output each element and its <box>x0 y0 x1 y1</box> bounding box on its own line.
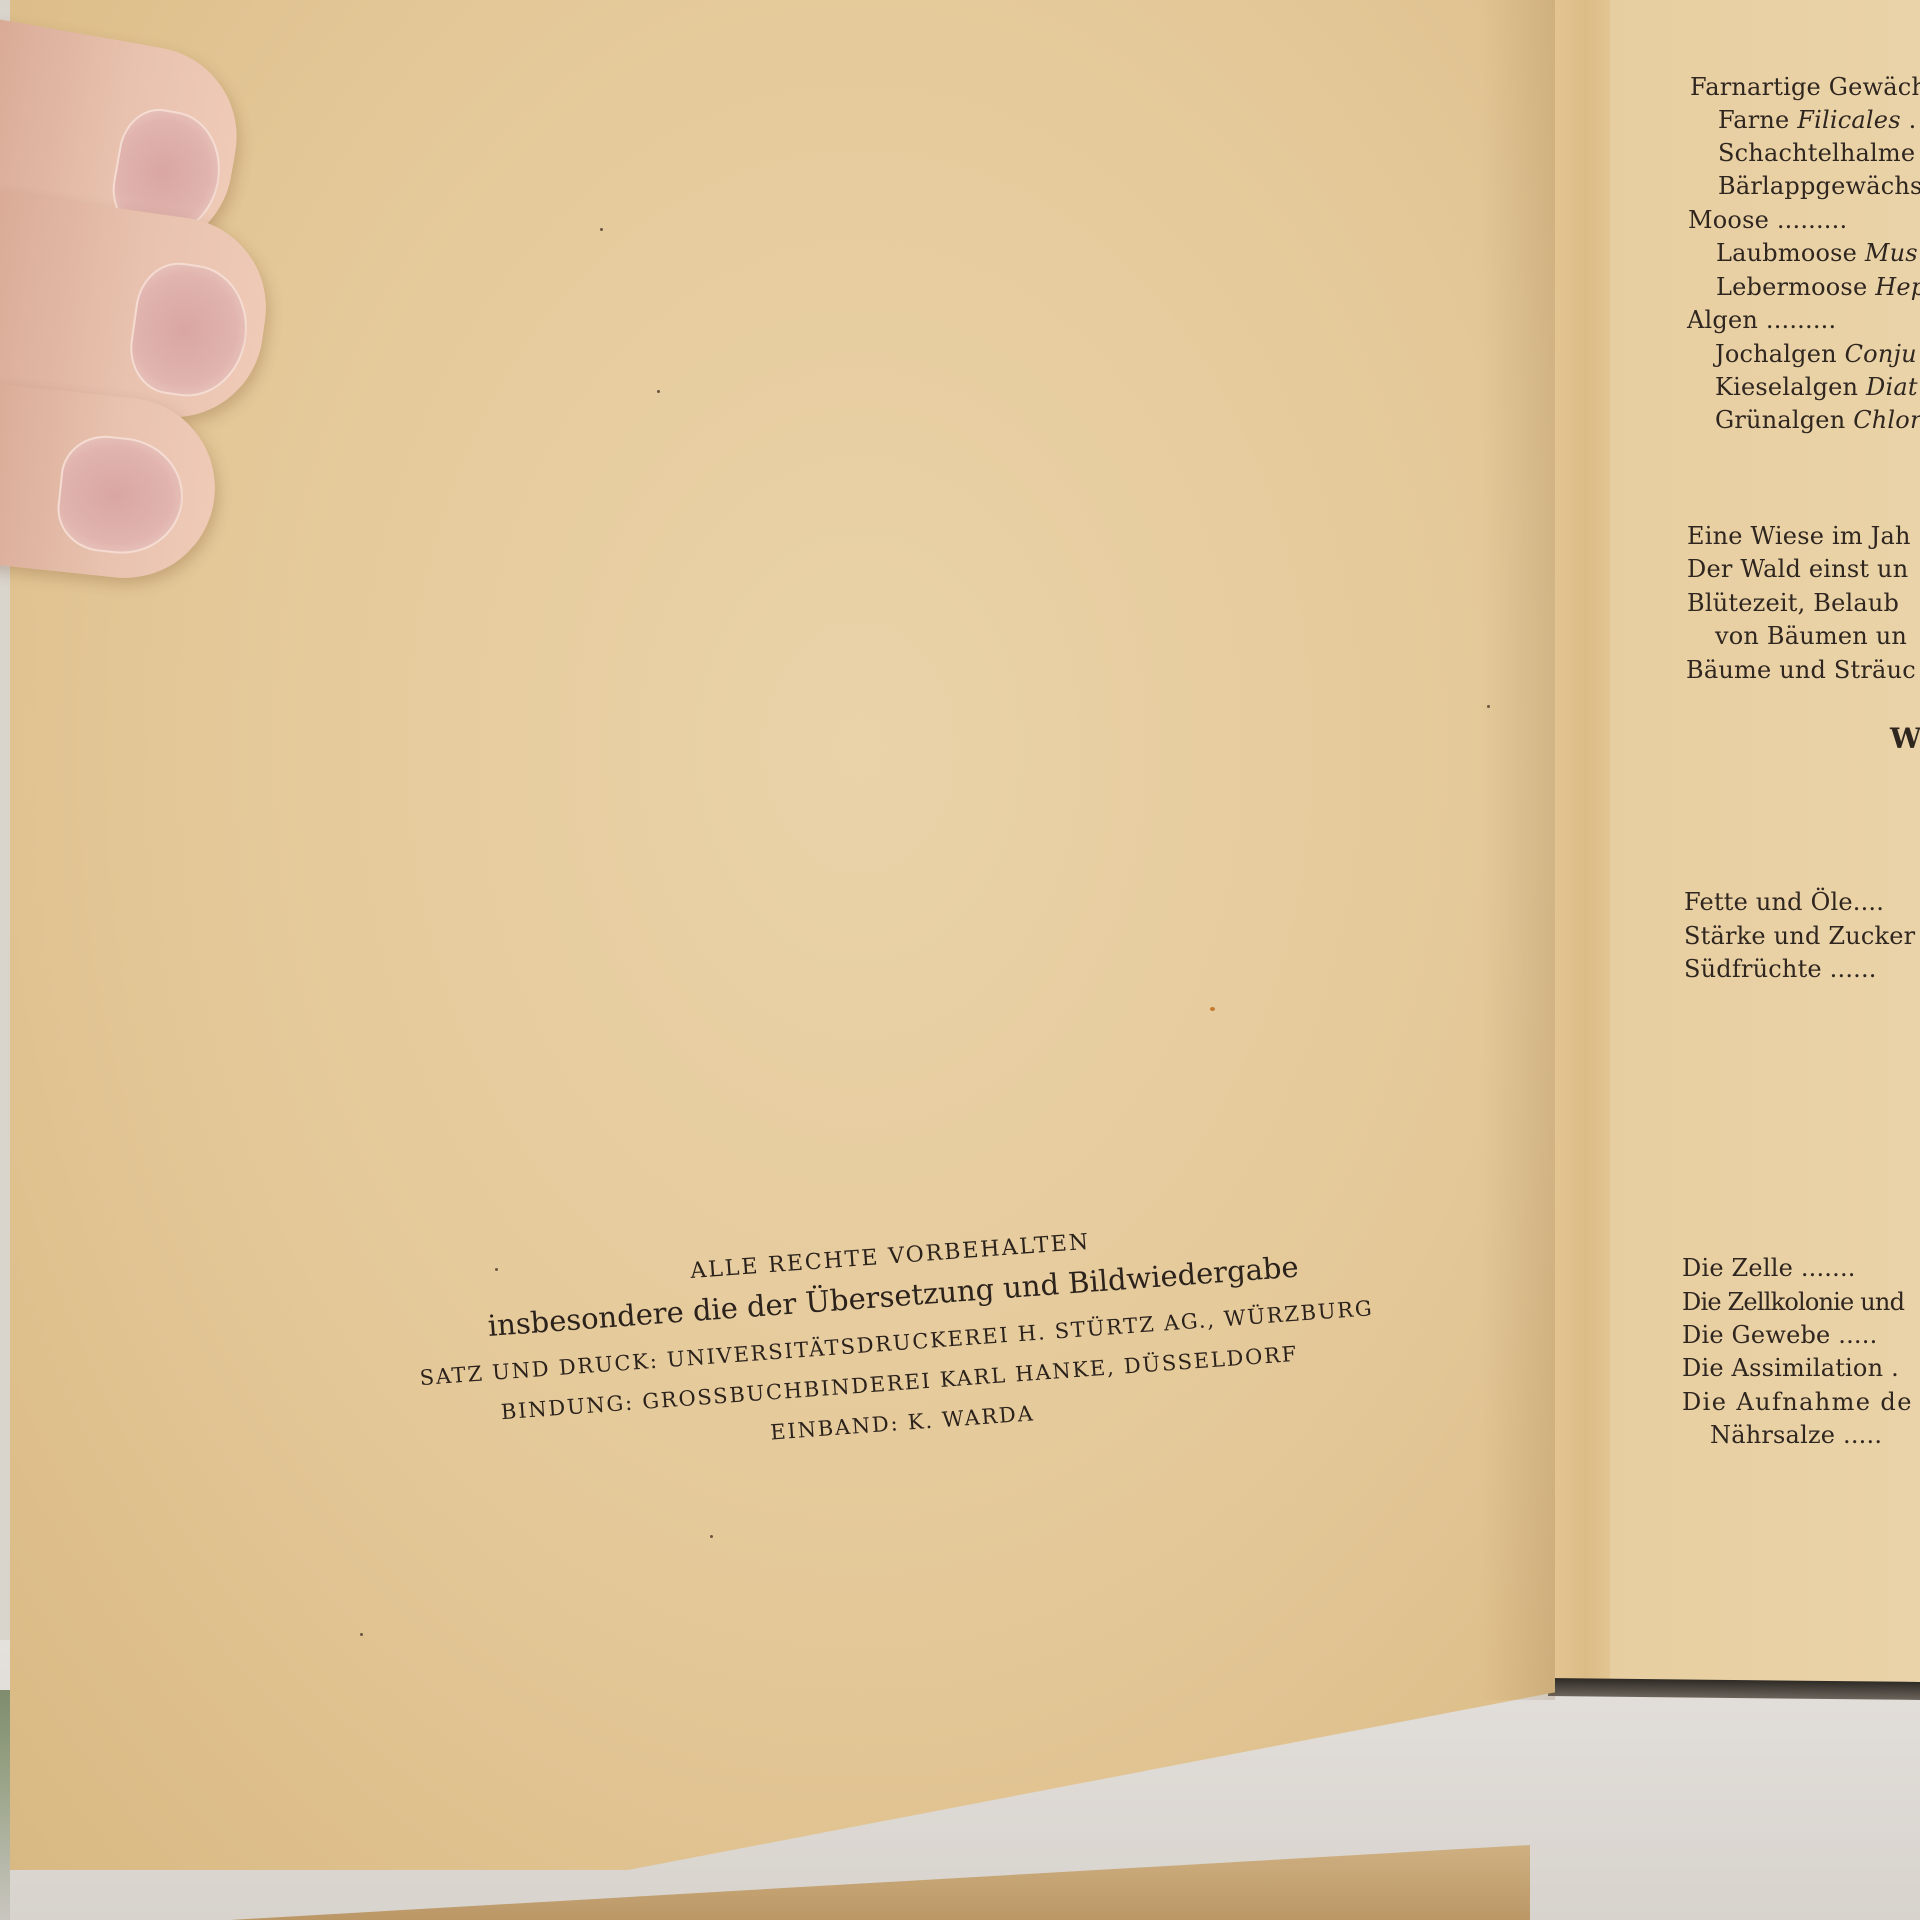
toc-entry: Eine Wiese im Jah <box>1687 522 1911 550</box>
book-cover-edge <box>0 1690 10 1920</box>
toc-entry: Die Assimilation . <box>1682 1354 1899 1382</box>
paper-speck <box>360 1633 363 1636</box>
toc-entry: Bärlappgewächs <box>1690 172 1920 200</box>
toc-entry: Farnartige Gewäch <box>1690 73 1920 101</box>
toc-entry: Die Zellkolonie und <box>1682 1288 1904 1316</box>
paper-speck <box>600 228 603 231</box>
hand <box>0 0 280 590</box>
book-gutter <box>1548 0 1610 1690</box>
table-of-contents: Farnartige Gewäch Farne Filicales . Scha… <box>1650 0 1920 1600</box>
toc-entry: Die Aufnahme de <box>1682 1388 1913 1416</box>
toc-entry: Fette und Öle.... <box>1684 888 1884 916</box>
page-curl-shadow <box>1480 0 1555 1700</box>
toc-entry: von Bäumen un <box>1687 622 1907 650</box>
paper-stain <box>1210 1007 1215 1011</box>
toc-entry: Der Wald einst un <box>1687 555 1908 583</box>
toc-entry: Moose ......... <box>1688 206 1847 234</box>
toc-entry: Südfrüchte ...... <box>1684 955 1877 983</box>
paper-speck <box>657 390 660 393</box>
toc-entry: Stärke und Zucker <box>1684 922 1915 950</box>
toc-entry: Die Zelle ....... <box>1682 1254 1856 1282</box>
paper-speck <box>1487 705 1490 708</box>
toc-entry: Grünalgen Chlor <box>1687 406 1920 434</box>
toc-entry: Kieselalgen Diat <box>1687 373 1918 401</box>
toc-entry: Lebermoose Hep <box>1688 273 1920 301</box>
toc-entry: Nährsalze ..... <box>1682 1421 1882 1449</box>
toc-entry: Jochalgen Conju <box>1687 340 1917 368</box>
toc-entry: Die Gewebe ..... <box>1682 1321 1877 1349</box>
toc-entry: Farne Filicales . <box>1690 106 1916 134</box>
toc-entry: Schachtelhalme <box>1690 139 1915 167</box>
section-heading: W <box>1890 722 1920 755</box>
toc-entry: Bäume und Sträuc <box>1686 656 1916 684</box>
toc-entry: Blütezeit, Belaub <box>1687 589 1899 617</box>
fingernail <box>53 431 188 559</box>
toc-entry: Laubmoose Mus <box>1688 239 1918 267</box>
fingernail <box>124 257 255 404</box>
toc-entry: Algen ......... <box>1687 306 1836 334</box>
